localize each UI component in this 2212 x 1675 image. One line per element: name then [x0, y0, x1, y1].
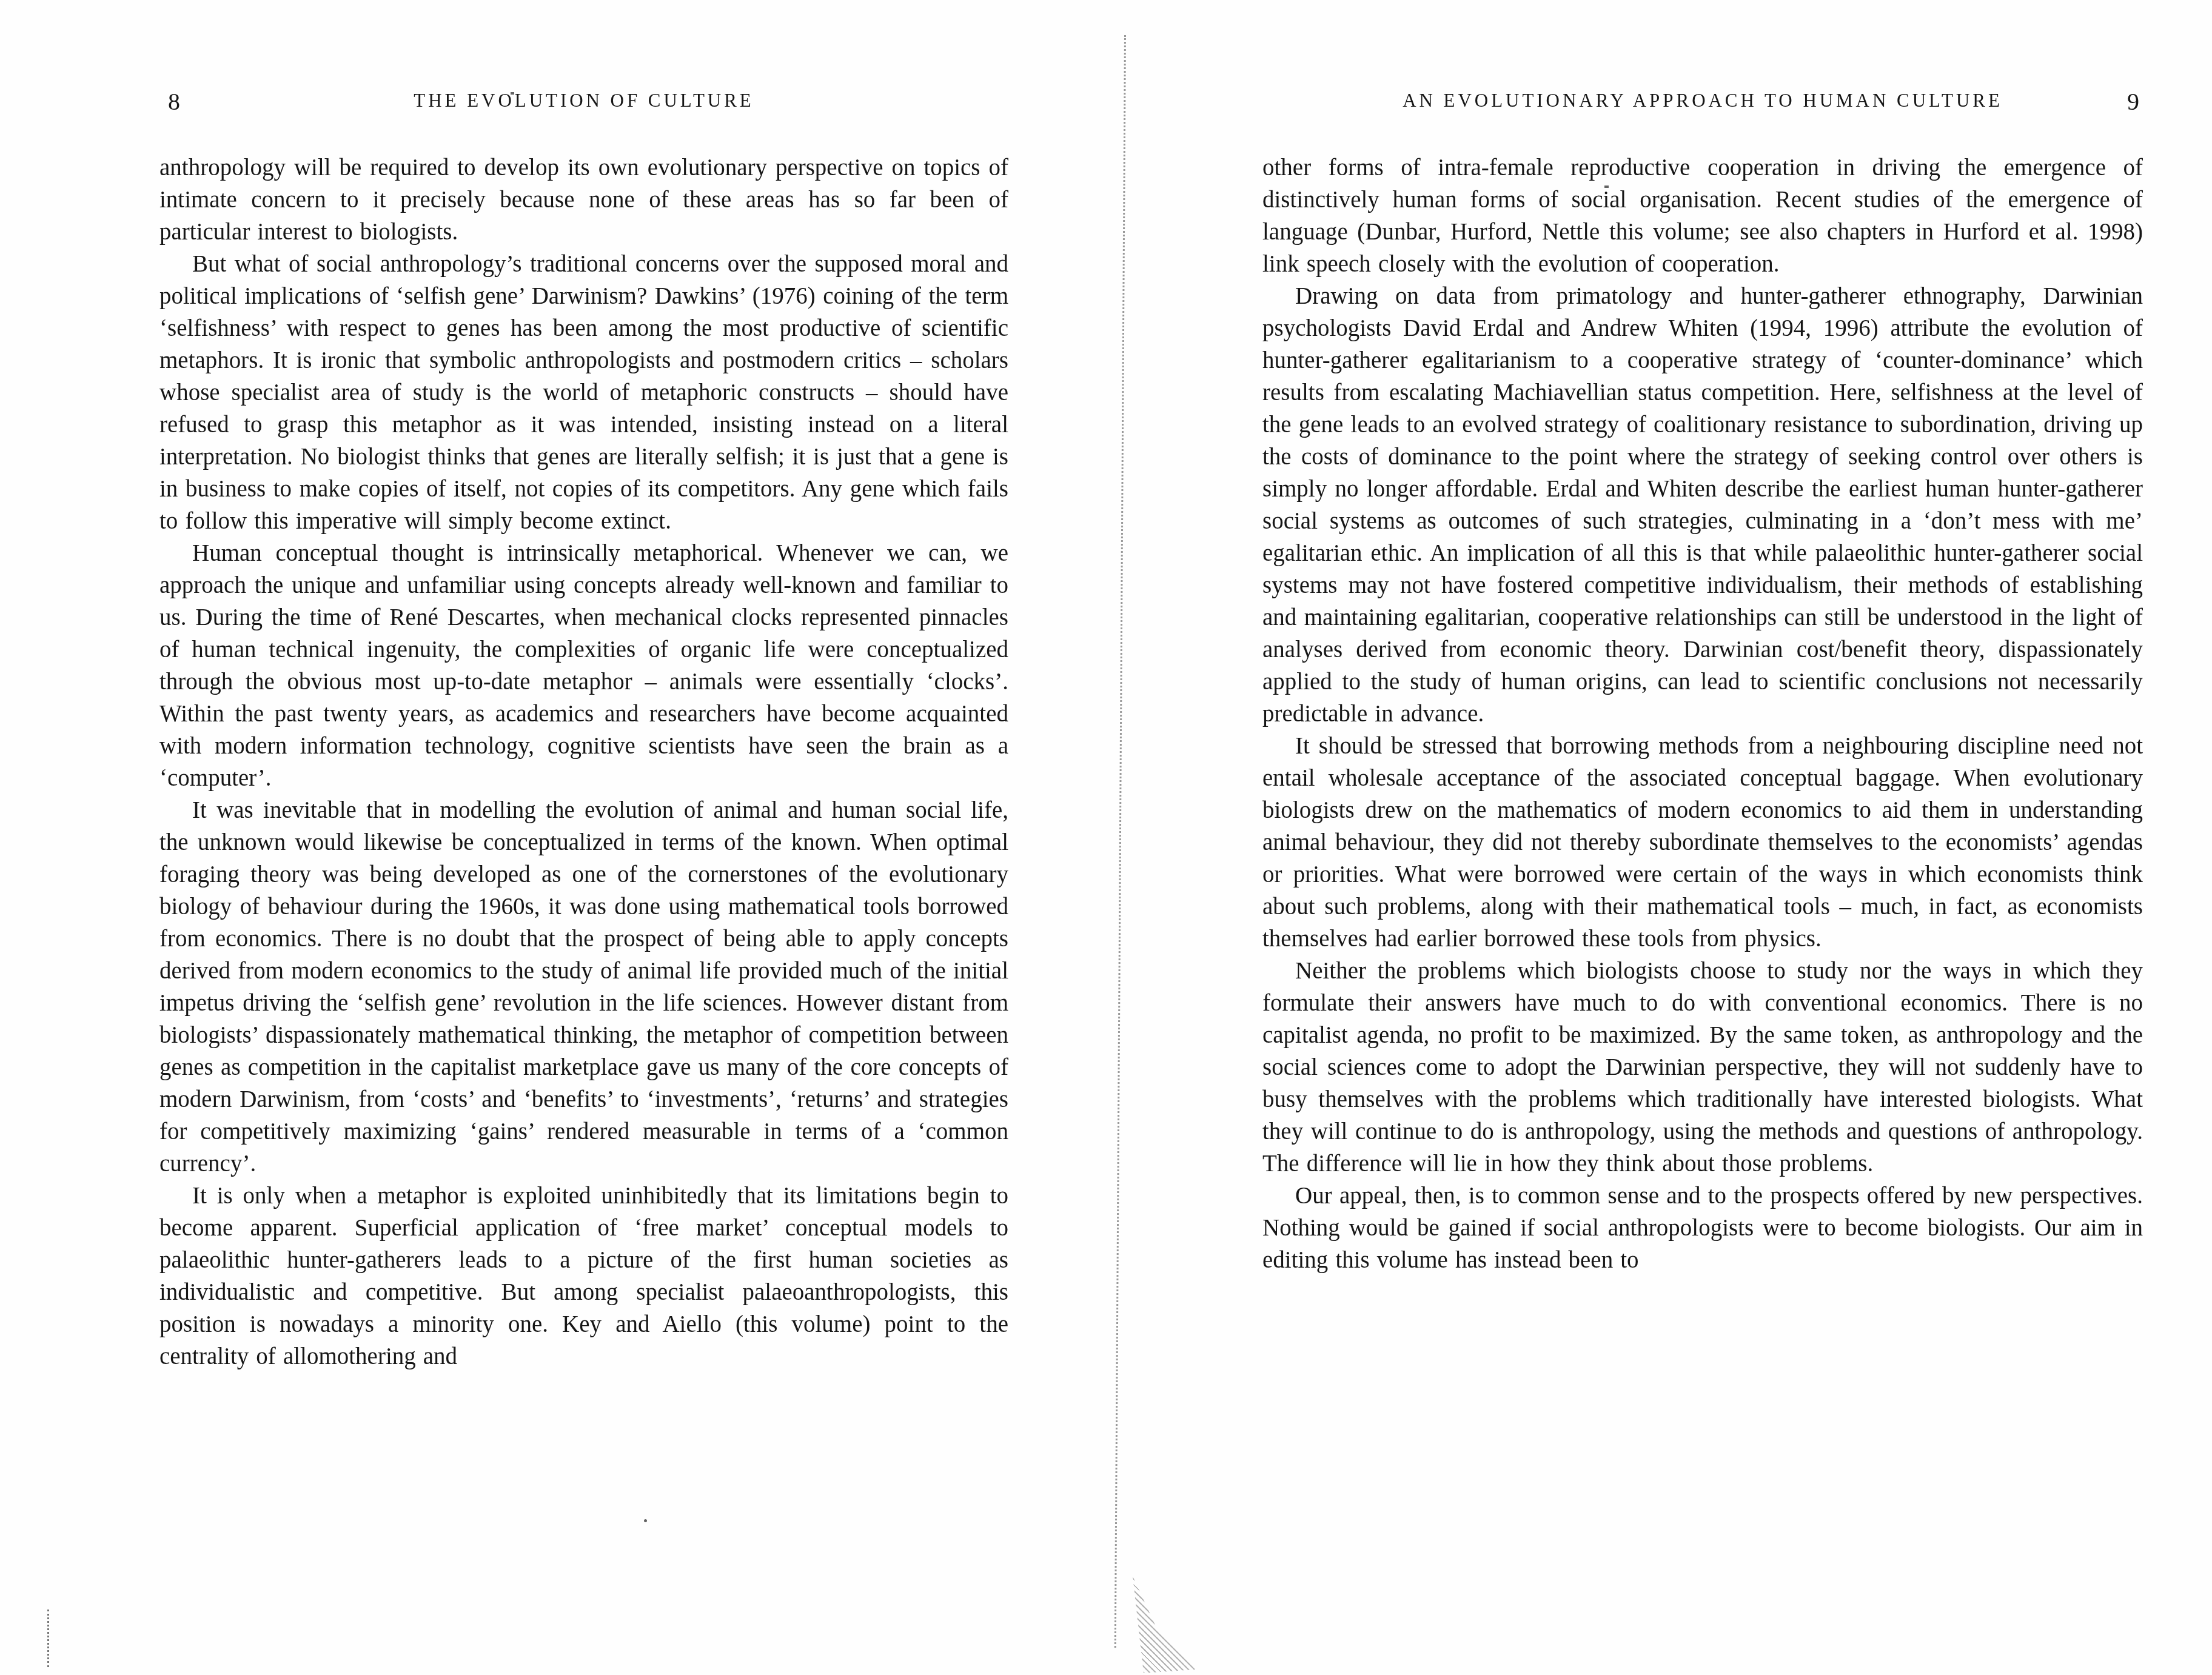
paragraph: other forms of intra-female reproductive… [1262, 152, 2143, 280]
paragraph: It should be stressed that borrowing met… [1262, 730, 2143, 955]
paragraph: It was inevitable that in modelling the … [159, 794, 1008, 1180]
paragraph: Human conceptual thought is intrinsicall… [159, 537, 1008, 794]
scan-speck [644, 1519, 647, 1522]
left-page: 8 THE EVOLUTION OF CULTURE anthropology … [159, 90, 1008, 1372]
paragraph: Our appeal, then, is to common sense and… [1262, 1180, 2143, 1276]
right-page-body: other forms of intra-female reproductive… [1262, 152, 2143, 1276]
paragraph: Drawing on data from primatology and hun… [1262, 280, 2143, 730]
scan-artifact-tick [47, 1610, 49, 1667]
right-page: AN EVOLUTIONARY APPROACH TO HUMAN CULTUR… [1262, 90, 2143, 1276]
right-page-number: 9 [2127, 87, 2139, 116]
left-running-header: THE EVOLUTION OF CULTURE [159, 90, 1008, 112]
paragraph: It is only when a metaphor is exploited … [159, 1180, 1008, 1372]
right-running-header: AN EVOLUTIONARY APPROACH TO HUMAN CULTUR… [1262, 90, 2143, 112]
book-scan: 8 THE EVOLUTION OF CULTURE anthropology … [0, 0, 2212, 1675]
right-page-header: AN EVOLUTIONARY APPROACH TO HUMAN CULTUR… [1262, 90, 2143, 118]
left-page-body: anthropology will be required to develop… [159, 152, 1008, 1372]
left-page-header: 8 THE EVOLUTION OF CULTURE [159, 90, 1008, 118]
scan-speck [1604, 186, 1609, 188]
left-page-number: 8 [168, 87, 180, 116]
paragraph: Neither the problems which biologists ch… [1262, 955, 2143, 1180]
scan-speck [511, 92, 514, 95]
paragraph: But what of social anthropology’s tradit… [159, 248, 1008, 537]
spine-bottom-smudge [1107, 1576, 1198, 1673]
book-spine-scan-line [1114, 35, 1126, 1648]
paragraph: anthropology will be required to develop… [159, 152, 1008, 248]
